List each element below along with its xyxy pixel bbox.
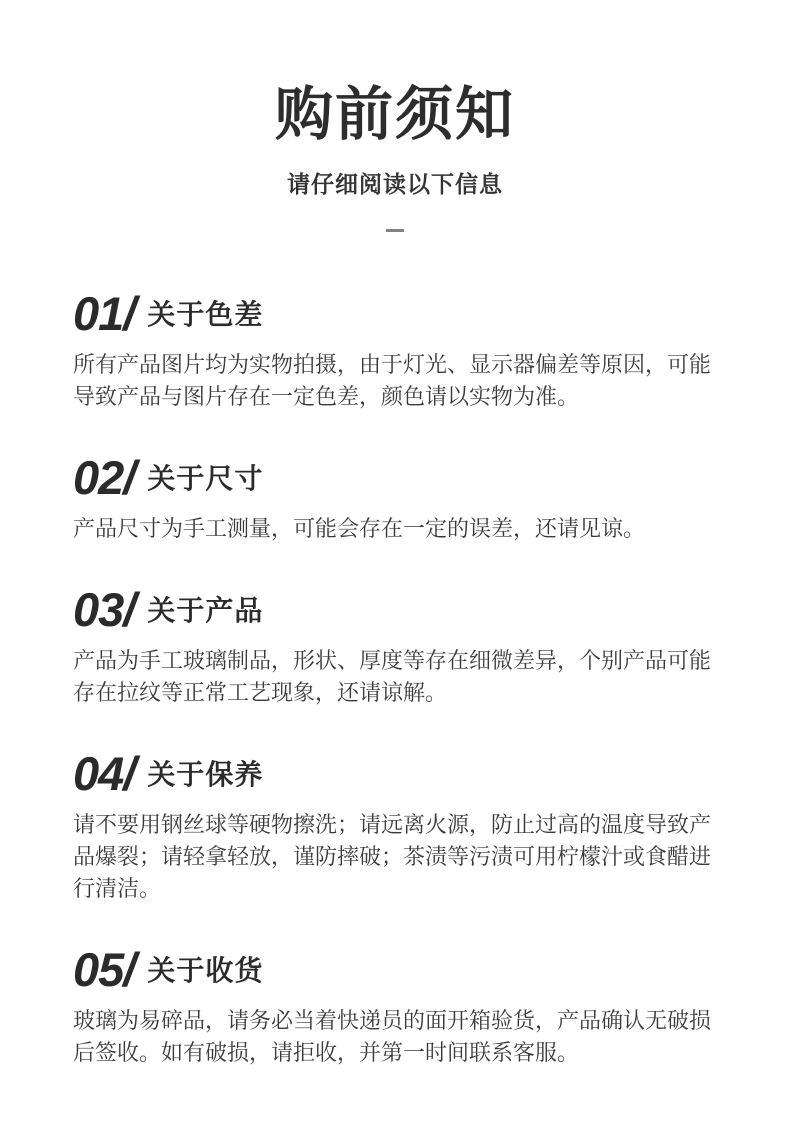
section-title: 关于保养	[147, 753, 263, 796]
section-heading: 04/ 关于保养	[73, 751, 725, 796]
section-body: 产品尺寸为手工测量，可能会存在一定的误差，还请见谅。	[73, 513, 723, 545]
purchase-notice-page: 购前须知 请仔细阅读以下信息 01/ 关于色差 所有产品图片均为实物拍摄，由于灯…	[0, 0, 790, 1132]
section-product: 03/ 关于产品 产品为手工玻璃制品，形状、厚度等存在细微差异，个别产品可能存在…	[73, 587, 725, 709]
section-title: 关于收货	[147, 949, 263, 992]
page-subtitle: 请仔细阅读以下信息	[0, 166, 790, 199]
section-body: 请不要用钢丝球等硬物擦洗；请远离火源，防止过高的温度导致产品爆裂；请轻拿轻放，谨…	[73, 809, 723, 905]
section-number: 04/	[73, 751, 135, 796]
section-heading: 01/ 关于色差	[73, 291, 725, 336]
section-heading: 02/ 关于尺寸	[73, 455, 725, 500]
page-title: 购前须知	[0, 86, 790, 144]
section-title: 关于尺寸	[147, 457, 263, 500]
section-number: 01/	[73, 291, 135, 336]
section-maintenance: 04/ 关于保养 请不要用钢丝球等硬物擦洗；请远离火源，防止过高的温度导致产品爆…	[73, 751, 725, 905]
notice-sections: 01/ 关于色差 所有产品图片均为实物拍摄，由于灯光、显示器偏差等原因，可能导致…	[0, 232, 790, 1069]
header: 购前须知 请仔细阅读以下信息	[0, 0, 790, 232]
section-body: 产品为手工玻璃制品，形状、厚度等存在细微差异，个别产品可能存在拉纹等正常工艺现象…	[73, 645, 723, 709]
section-title: 关于产品	[147, 589, 263, 632]
section-heading: 03/ 关于产品	[73, 587, 725, 632]
section-body: 玻璃为易碎品，请务必当着快递员的面开箱验货，产品确认无破损后签收。如有破损，请拒…	[73, 1005, 723, 1069]
section-number: 05/	[73, 947, 135, 992]
section-delivery: 05/ 关于收货 玻璃为易碎品，请务必当着快递员的面开箱验货，产品确认无破损后签…	[73, 947, 725, 1069]
section-color-difference: 01/ 关于色差 所有产品图片均为实物拍摄，由于灯光、显示器偏差等原因，可能导致…	[73, 291, 725, 413]
section-body: 所有产品图片均为实物拍摄，由于灯光、显示器偏差等原因，可能导致产品与图片存在一定…	[73, 349, 723, 413]
section-number: 03/	[73, 587, 135, 632]
section-number: 02/	[73, 455, 135, 500]
section-dimensions: 02/ 关于尺寸 产品尺寸为手工测量，可能会存在一定的误差，还请见谅。	[73, 455, 725, 545]
section-heading: 05/ 关于收货	[73, 947, 725, 992]
section-title: 关于色差	[147, 293, 263, 336]
